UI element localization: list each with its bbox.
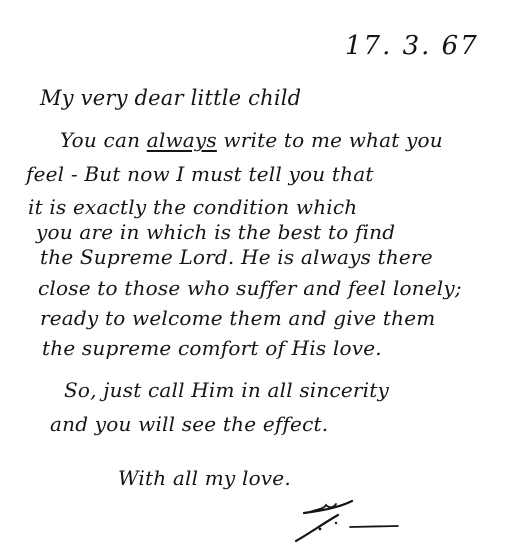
- handwritten-letter: 17. 3. 67 My very dear little child You …: [0, 0, 532, 552]
- signature-icon: [290, 495, 420, 545]
- emphasized-always: always: [147, 128, 217, 152]
- body-line-5: the Supreme Lord. He is always there: [40, 245, 433, 269]
- body-line-8: the supreme comfort of His love.: [42, 336, 382, 360]
- body-line-4: you are in which is the best to find: [36, 220, 395, 244]
- body-line-3: it is exactly the condition which: [28, 195, 357, 219]
- sign-off: With all my love.: [118, 466, 291, 490]
- body-line-1: You can always write to me what you: [60, 128, 443, 152]
- letter-date: 17. 3. 67: [345, 34, 479, 58]
- salutation: My very dear little child: [40, 86, 301, 110]
- body-line-1-pre: You can: [60, 128, 147, 152]
- body-line-2: feel - But now I must tell you that: [26, 162, 374, 186]
- closing-line-2: and you will see the effect.: [50, 412, 328, 436]
- body-line-1-post: write to me what you: [217, 128, 443, 152]
- body-line-6: close to those who suffer and feel lonel…: [38, 276, 462, 300]
- body-line-7: ready to welcome them and give them: [40, 306, 435, 330]
- closing-line-1: So, just call Him in all sincerity: [64, 378, 389, 402]
